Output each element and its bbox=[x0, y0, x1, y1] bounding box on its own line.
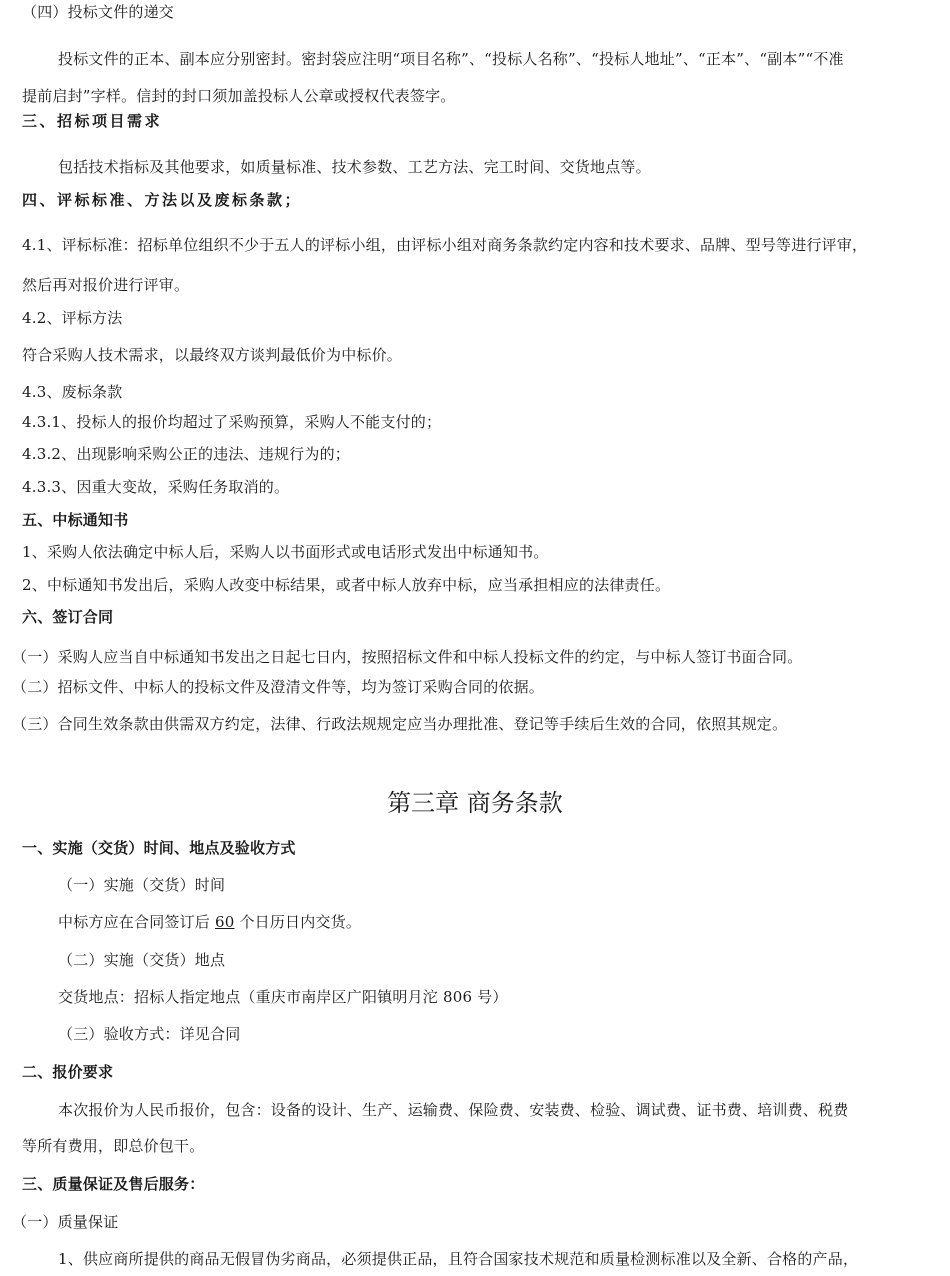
clause: 4.3.1、投标人的报价均超过了采购预算，采购人不能支付的； bbox=[22, 412, 441, 432]
clause: 4.1、评标标准：招标单位组织不少于五人的评标小组，由评标小组对商务条款约定内容… bbox=[22, 235, 867, 255]
paragraph: 本次报价为人民币报价，包含：设备的设计、生产、运输费、保险费、安装费、检验、调试… bbox=[58, 1100, 848, 1120]
clause: （三）合同生效条款由供需双方约定，法律、行政法规规定应当办理批准、登记等手续后生… bbox=[12, 714, 787, 734]
clause: 4.3.2、出现影响采购公正的违法、违规行为的； bbox=[22, 444, 350, 464]
clause: （一）采购人应当自中标通知书发出之日起七日内，按照招标文件和中标人投标文件的约定… bbox=[12, 647, 802, 667]
chapter-title: 第三章 商务条款 bbox=[0, 788, 950, 818]
paragraph: 交货地点：招标人指定地点（重庆市南岸区广阳镇明月沱 806 号） bbox=[58, 987, 508, 1007]
subsection-heading: （四）投标文件的递交 bbox=[22, 2, 174, 22]
paragraph-post: 个日历日内交货。 bbox=[234, 913, 361, 931]
subsection-heading: （二）实施（交货）地点 bbox=[58, 950, 225, 970]
paragraph: 中标方应在合同签订后 60 个日历日内交货。 bbox=[58, 912, 361, 932]
clause-heading: 4.2、评标方法 bbox=[22, 308, 122, 328]
section-heading: 三、质量保证及售后服务： bbox=[22, 1174, 204, 1194]
paragraph: 符合采购人技术需求，以最终双方谈判最低价为中标价。 bbox=[22, 345, 402, 365]
section-heading: 四、评标标准、方法以及废标条款； bbox=[22, 190, 302, 210]
subsection-heading: （一）质量保证 bbox=[12, 1212, 118, 1232]
section-heading: 六、签订合同 bbox=[22, 607, 113, 627]
clause: 1、采购人依法确定中标人后，采购人以书面形式或电话形式发出中标通知书。 bbox=[22, 542, 549, 562]
subsection-heading: （一）实施（交货）时间 bbox=[58, 875, 225, 895]
delivery-days: 60 bbox=[215, 913, 235, 931]
section-heading: 三、招标项目需求 bbox=[22, 111, 162, 131]
paragraph-pre: 中标方应在合同签订后 bbox=[58, 913, 215, 931]
subsection-heading: （三）验收方式：详见合同 bbox=[58, 1024, 240, 1044]
section-heading: 五、中标通知书 bbox=[22, 510, 128, 530]
paragraph: 包括技术指标及其他要求，如质量标准、技术参数、工艺方法、完工时间、交货地点等。 bbox=[58, 157, 651, 177]
paragraph: 然后再对报价进行评审。 bbox=[22, 275, 189, 295]
paragraph: 投标文件的正本、副本应分别密封。密封袋应注明“项目名称”、“投标人名称”、“投标… bbox=[58, 49, 844, 69]
paragraph: 等所有费用，即总价包干。 bbox=[22, 1136, 204, 1156]
clause: 4.3.3、因重大变故，采购任务取消的。 bbox=[22, 477, 289, 497]
paragraph: 1、供应商所提供的商品无假冒伪劣商品，必须提供正品，且符合国家技术规范和质量检测… bbox=[58, 1249, 858, 1269]
paragraph: 提前启封”字样。信封的封口须加盖投标人公章或授权代表签字。 bbox=[22, 86, 455, 106]
clause-heading: 4.3、废标条款 bbox=[22, 382, 122, 402]
clause: （二）招标文件、中标人的投标文件及澄清文件等，均为签订采购合同的依据。 bbox=[12, 677, 544, 697]
section-heading: 一、实施（交货）时间、地点及验收方式 bbox=[22, 838, 296, 858]
section-heading: 二、报价要求 bbox=[22, 1062, 113, 1082]
clause: 2、中标通知书发出后，采购人改变中标结果，或者中标人放弃中标，应当承担相应的法律… bbox=[22, 575, 670, 595]
